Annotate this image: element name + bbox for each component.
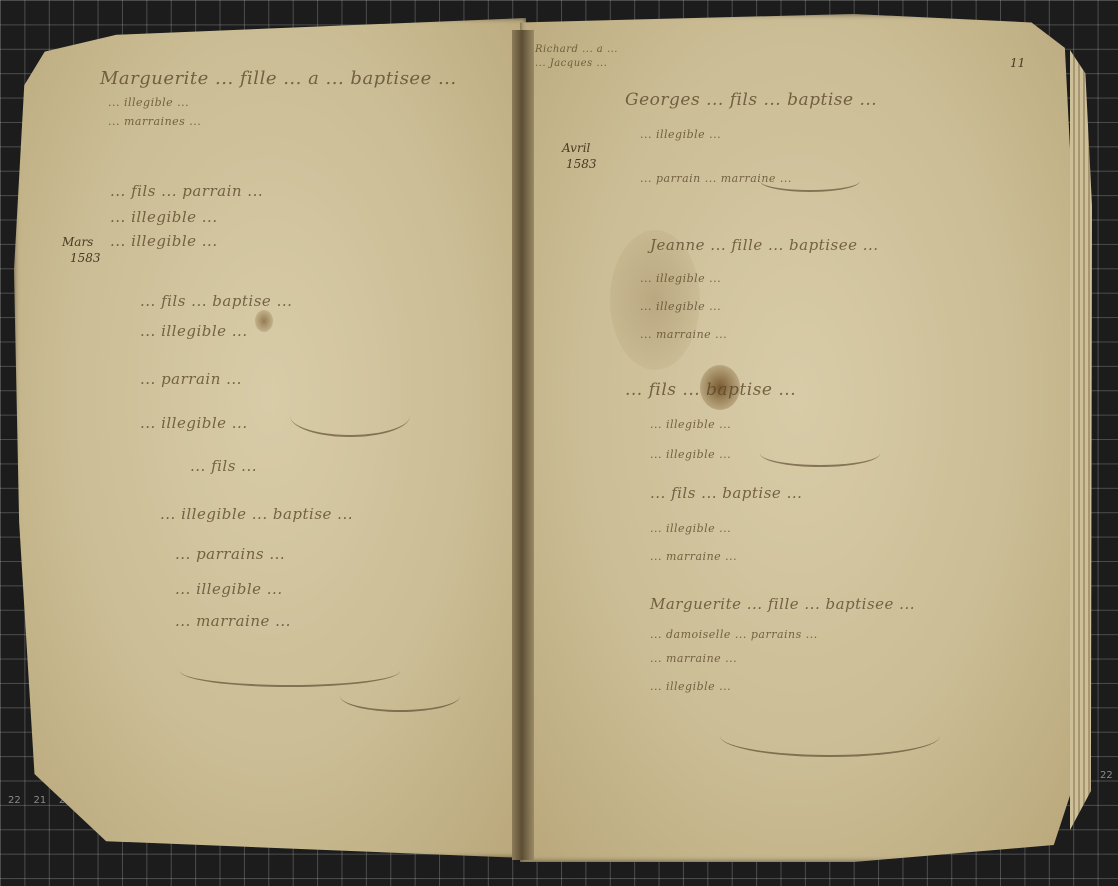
ruler-number: 21 [33,795,46,806]
entry-line: ... illegible ... [650,448,731,461]
entry-line: Marguerite ... fille ... baptisee ... [650,595,915,613]
entry-line: ... fils ... baptise ... [625,380,796,400]
entry-line: ... parrain ... [140,370,242,388]
margin-month: Avril [562,140,597,156]
entry-line: ... illegible ... [650,418,731,431]
margin-year: 1583 [62,250,101,266]
signature-flourish [760,440,880,467]
margin-year: 1583 [562,156,597,172]
margin-date-right: Avril 1583 [562,140,597,172]
entry-line: ... illegible ... [110,232,218,250]
ruler-right: 22 [1100,770,1113,781]
signature-flourish [290,395,410,437]
entry-line: ... illegible ... [650,522,731,535]
entry-line: ... damoiselle ... parrains ... [650,628,818,641]
header-line: Richard ... a ... [535,44,618,55]
entry-line: ... fils ... baptise ... [140,292,292,310]
entry-line: ... illegible ... [650,680,731,693]
entry-line: ... marraine ... [640,328,727,341]
margin-month: Mars [62,234,101,250]
entry-line: ... illegible ... [140,322,248,340]
entry-line: ... marraine ... [650,652,737,665]
entry-line: ... fils ... baptise ... [650,484,802,502]
left-page [14,18,526,858]
entry-line: ... parrains ... [175,545,285,563]
entry-line: ... marraine ... [650,550,737,563]
header-line: ... Jacques ... [535,58,607,69]
entry-line: ... marraine ... [175,612,291,630]
entry-line: ... illegible ... [110,208,218,226]
folio-number: 11 [1010,56,1025,70]
entry-line: Georges ... fils ... baptise ... [625,90,877,110]
entry-line: ... illegible ... baptise ... [160,505,353,523]
signature-flourish [340,680,460,712]
entry-line: ... marraines ... [108,115,201,128]
entry-line: ... fils ... [190,457,257,475]
ruler-number: 22 [8,795,21,806]
signature-flourish [760,170,860,192]
entry-line: ... illegible ... [640,300,721,313]
entry-line: ... illegible ... [640,128,721,141]
signature-flourish [720,715,940,757]
book-spine [512,30,534,860]
entry-line: Jeanne ... fille ... baptisee ... [650,236,879,254]
ruler-left: 22 21 2 [8,795,65,806]
entry-line: ... illegible ... [140,414,248,432]
page-edges [1070,50,1092,830]
entry-line: ... fils ... parrain ... [110,182,263,200]
entry-line: Marguerite ... fille ... a ... baptisee … [100,68,457,89]
entry-line: ... illegible ... [175,580,283,598]
entry-line: ... illegible ... [108,96,189,109]
stain [255,310,273,332]
margin-date-left: Mars 1583 [62,234,101,266]
entry-line: ... illegible ... [640,272,721,285]
